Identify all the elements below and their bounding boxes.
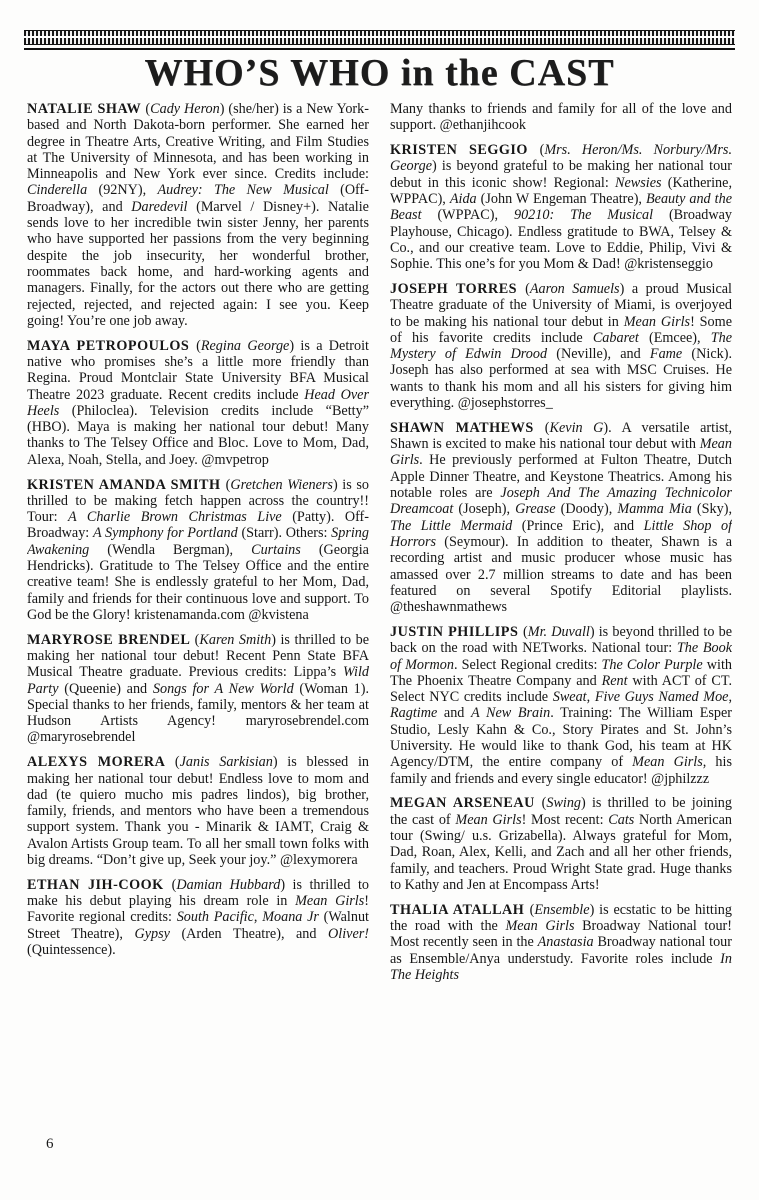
bio-shawn-mathews: SHAWN MATHEWS (Kevin G). A versatile art… — [390, 420, 732, 616]
bio-ethan-jih-cook: ETHAN JIH-COOK (Damian Hubbard) is thril… — [27, 877, 369, 958]
bio-megan-arseneau: MEGAN ARSENEAU (Swing) is thrilled to be… — [390, 795, 732, 893]
page-number: 6 — [46, 1136, 54, 1153]
bio-alexys-morera: ALEXYS MORERA (Janis Sarkisian) is bless… — [27, 754, 369, 868]
decorative-rule-band — [24, 30, 735, 45]
bio-columns: NATALIE SHAW (Cady Heron) (she/her) is a… — [27, 101, 732, 1153]
bio-natalie-shaw: NATALIE SHAW (Cady Heron) (she/her) is a… — [27, 101, 369, 329]
bio-maya-petropoulos: MAYA PETROPOULOS (Regina George) is a De… — [27, 338, 369, 468]
bio-kristen-amanda-smith: KRISTEN AMANDA SMITH (Gretchen Wieners) … — [27, 477, 369, 624]
bio-column-left: NATALIE SHAW (Cady Heron) (she/her) is a… — [27, 101, 369, 1153]
bio-column-right: Many thanks to friends and family for al… — [390, 101, 732, 1153]
bio-justin-phillips: JUSTIN PHILLIPS (Mr. Duvall) is beyond t… — [390, 624, 732, 787]
bio-joseph-torres: JOSEPH TORRES (Aaron Samuels) a proud Mu… — [390, 281, 732, 411]
page-title: WHO’S WHO in the CAST — [0, 52, 759, 94]
bio-maryrose-brendel: MARYROSE BRENDEL (Karen Smith) is thrill… — [27, 632, 369, 746]
bio-ethan-jih-cook-continued: Many thanks to friends and family for al… — [390, 101, 732, 134]
playbill-page: WHO’S WHO in the CAST NATALIE SHAW (Cady… — [0, 0, 759, 1200]
bio-thalia-atallah: THALIA ATALLAH (Ensemble) is ecstatic to… — [390, 902, 732, 983]
bio-kristen-seggio: KRISTEN SEGGIO (Mrs. Heron/Ms. Norbury/M… — [390, 142, 732, 272]
decorative-rule-line — [24, 48, 735, 50]
